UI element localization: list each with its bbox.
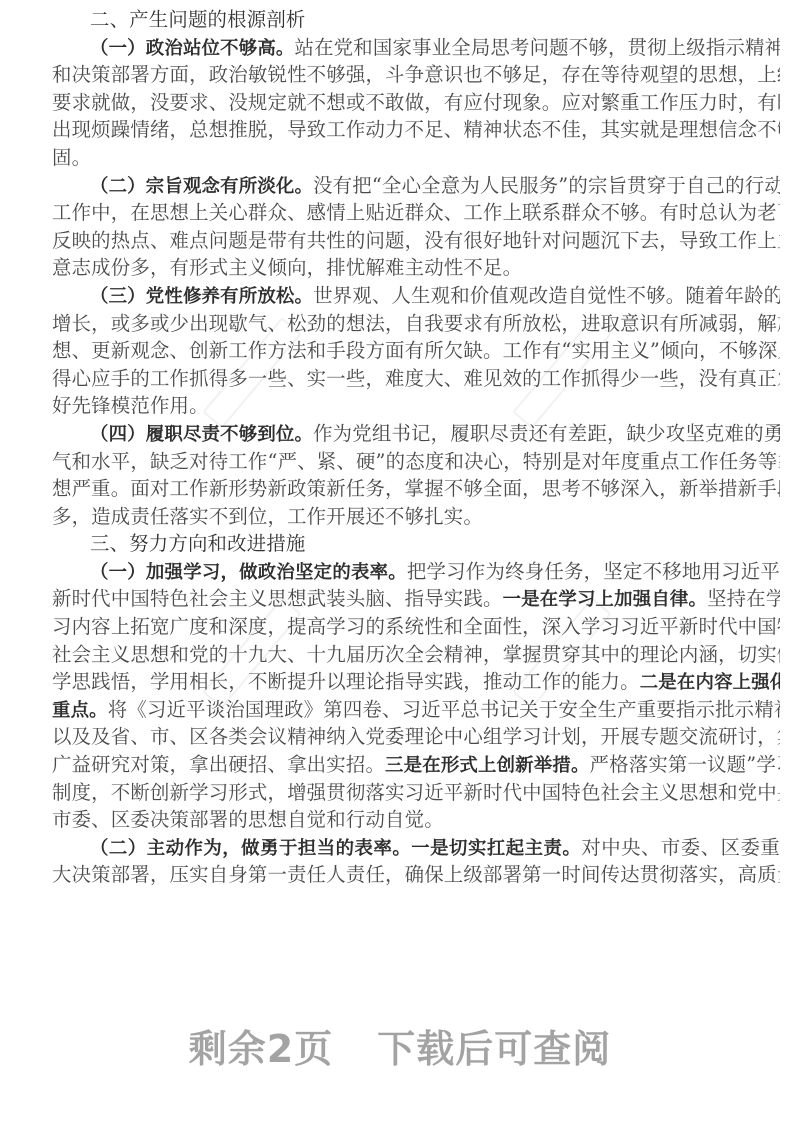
- section-heading: 二、产生问题的根源剖析: [52, 6, 780, 34]
- item-title: （二）宗旨观念有所淡化。: [90, 176, 313, 197]
- paragraph-line: 大决策部署，压实自身第一责任人责任，确保上级部署第一时间传达贯彻落实，高质量推: [52, 861, 780, 889]
- download-to-view-text: 下载后可查阅: [377, 1027, 611, 1071]
- paragraph-line: 制度，不断创新学习形式，增强贯彻落实习近平新时代中国特色社会主义思想和党中央、: [52, 779, 780, 807]
- paragraph-line: 习内容上拓宽广度和深度，提高学习的系统性和全面性，深入学习习近平新时代中国特色: [52, 613, 780, 641]
- paragraph-line: 工作中，在思想上关心群众、感情上贴近群众、工作上联系群众不够。有时总认为老百姓: [52, 199, 780, 227]
- paragraph-line: 和决策部署方面，政治敏锐性不够强，斗争意识也不够足，存在等待观望的思想，上级有: [52, 61, 780, 89]
- paragraph-line: （一）加强学习，做政治坚定的表率。把学习作为终身任务，坚定不移地用习近平: [52, 558, 780, 586]
- paragraph-line: （三）党性修养有所放松。世界观、人生观和价值观改造自觉性不够。随着年龄的: [52, 282, 780, 310]
- paragraph-line: 学思践悟，学用相长，不断提升以理论指导实践，推动工作的能力。二是在内容上强化: [52, 668, 780, 696]
- sub-point-title: 二是在内容上强化: [640, 672, 780, 693]
- paragraph-line: 想、更新观念、创新工作方法和手段方面有所欠缺。工作有“实用主义”倾向，不够深入，: [52, 337, 780, 365]
- paragraph-line: 得心应手的工作抓得多一些、实一些，难度大、难见效的工作抓得少一些，没有真正发挥: [52, 365, 780, 393]
- paragraph-line: 反映的热点、难点问题是带有共性的问题，没有很好地针对问题沉下去，导致工作上主观: [52, 227, 780, 255]
- paragraph-line: 想严重。面对工作新形势新政策新任务，掌握不够全面，思考不够深入，新举措新手段不: [52, 475, 780, 503]
- paragraph-line: 意志成份多，有形式主义倾向，排忧解难主动性不足。: [52, 254, 780, 282]
- remaining-pages-text: 剩余2页: [189, 1027, 333, 1071]
- paragraph-line: （二）主动作为，做勇于担当的表率。一是切实扛起主责。对中央、市委、区委重: [52, 834, 780, 862]
- paragraph-line: 广益研究对策，拿出硬招、拿出实招。三是在形式上创新举措。严格落实第一议题”学习: [52, 751, 780, 779]
- paragraph-line: 以及及省、市、区各类会议精神纳入党委理论中心组学习计划，开展专题交流研讨，集思: [52, 723, 780, 751]
- section-heading: 三、努力方向和改进措施: [52, 530, 780, 558]
- item-title: （二）主动作为，做勇于担当的表率。: [90, 838, 411, 859]
- paragraph-line: （一）政治站位不够高。站在党和国家事业全局思考问题不够，贯彻上级指示精神: [52, 34, 780, 62]
- paragraph-line: 固。: [52, 144, 780, 172]
- paragraph-line: 新时代中国特色社会主义思想武装头脑、指导实践。一是在学习上加强自律。坚持在学: [52, 585, 780, 613]
- document-page: 二、产生问题的根源剖析 （一）政治站位不够高。站在党和国家事业全局思考问题不够，…: [52, 6, 780, 889]
- download-prompt-banner[interactable]: 剩余2页下载后可查阅: [0, 1018, 800, 1073]
- sub-point-title: 一是切实扛起主责。: [411, 838, 581, 859]
- paragraph-line: 要求就做，没要求、没规定就不想或不敢做，有应付现象。应对繁重工作压力时，有时会: [52, 89, 780, 117]
- paragraph-line: 社会主义思想和党的十九大、十九届历次全会精神，掌握贯穿其中的理论内涵，切实做到: [52, 641, 780, 669]
- paragraph-line: 市委、区委决策部署的思想自觉和行动自觉。: [52, 806, 780, 834]
- paragraph-line: 多，造成责任落实不到位，工作开展还不够扎实。: [52, 503, 780, 531]
- item-title: （一）政治站位不够高。: [90, 38, 295, 59]
- sub-point-title: 重点。: [52, 700, 108, 721]
- paragraph-line: 气和水平，缺乏对待工作“严、紧、硬”的态度和决心，特别是对年度重点工作任务等靠思: [52, 448, 780, 476]
- paragraph-line: 好先锋模范作用。: [52, 392, 780, 420]
- paragraph-line: （二）宗旨观念有所淡化。没有把“全心全意为人民服务”的宗旨贯穿于自己的行动和: [52, 172, 780, 200]
- sub-point-title: 一是在学习上加强自律。: [503, 589, 708, 610]
- item-title: （一）加强学习，做政治坚定的表率。: [90, 562, 407, 583]
- paragraph-line: 增长，或多或少出现歇气、松劲的想法，自我要求有所放松，进取意识有所减弱，解放思: [52, 310, 780, 338]
- paragraph-line: 重点。将《习近平谈治国理政》第四卷、习近平总书记关于安全生产重要指示批示精神: [52, 696, 780, 724]
- paragraph-line: （四）履职尽责不够到位。作为党组书记，履职尽责还有差距，缺少攻坚克难的勇: [52, 420, 780, 448]
- sub-point-title: 三是在形式上创新举措。: [385, 755, 590, 776]
- item-title: （四）履职尽责不够到位。: [90, 424, 313, 445]
- paragraph-line: 出现烦躁情绪，总想推脱，导致工作动力不足、精神状态不佳，其实就是理想信念不够牢: [52, 116, 780, 144]
- item-title: （三）党性修养有所放松。: [90, 286, 313, 307]
